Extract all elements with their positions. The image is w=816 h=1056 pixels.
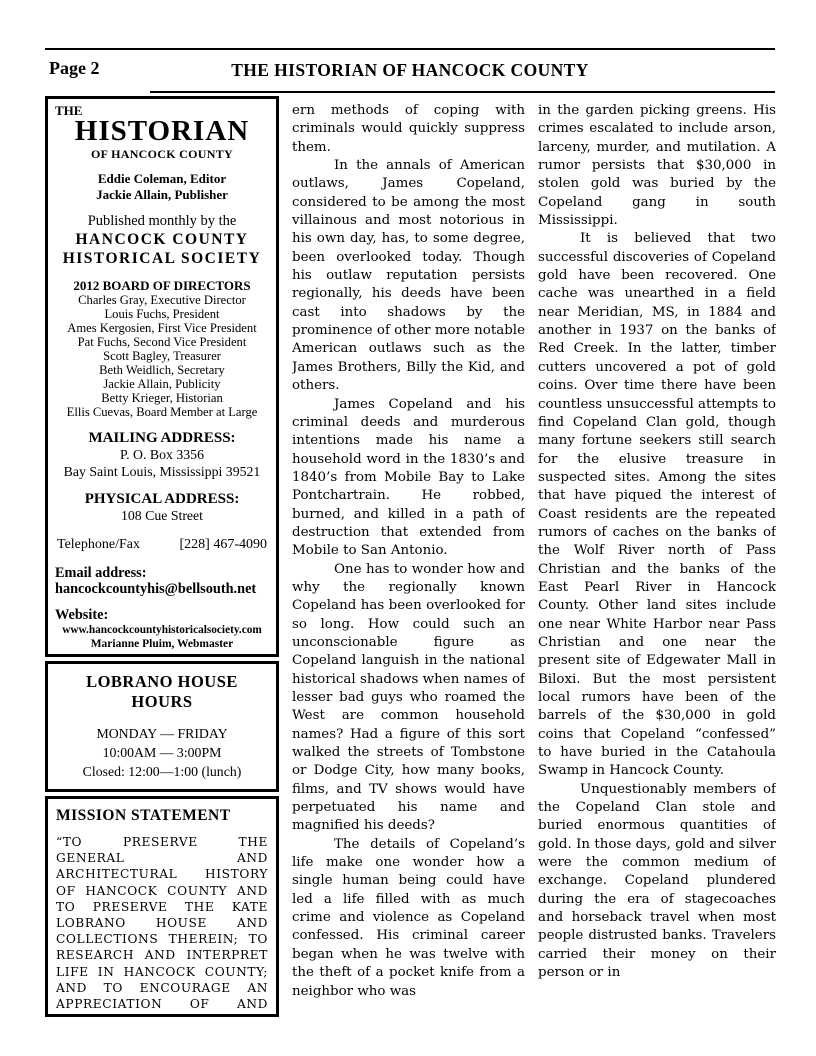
physical-address-heading: PHYSICAL ADDRESS: — [55, 490, 269, 508]
website-label: Website: — [55, 607, 269, 624]
newsletter-title: THE HISTORIAN OF HANCOCK COUNTY — [231, 60, 589, 81]
published-by-text: Published monthly by the — [55, 212, 269, 230]
article-column-1: ern methods of coping with criminals wou… — [292, 96, 525, 1014]
masthead-title: HISTORIAN — [55, 116, 269, 147]
mailing-address-line: P. O. Box 3356 — [55, 447, 269, 464]
board-member: Scott Bagley, Treasurer — [55, 349, 269, 363]
website-url: www.hancockcountyhistoricalsociety.com — [55, 624, 269, 637]
hours-title: LOBRANO HOUSE HOURS — [54, 672, 270, 712]
mailing-address-line: Bay Saint Louis, Mississippi 39521 — [55, 464, 269, 481]
hours-title-line2: HOURS — [54, 692, 270, 712]
mission-box: MISSION STATEMENT “TO PRESERVE THE GENER… — [45, 796, 279, 1017]
published-by-block: Published monthly by the HANCOCK COUNTY … — [55, 212, 269, 268]
newsletter-page: Page 2 THE HISTORIAN OF HANCOCK COUNTY T… — [0, 0, 816, 1056]
article-paragraph: In the annals of American outlaws, James… — [292, 157, 525, 395]
header-bottom-rule — [150, 91, 775, 93]
email-label: Email address: — [55, 565, 269, 582]
phone-label: Telephone/Fax — [57, 537, 140, 553]
phone-row: Telephone/Fax [228] 467-4090 — [55, 537, 269, 553]
phone-number: [228] 467-4090 — [180, 537, 268, 553]
email-block: Email address: hancockcountyhis@bellsout… — [55, 565, 269, 598]
page-header: Page 2 THE HISTORIAN OF HANCOCK COUNTY — [45, 48, 775, 93]
article-paragraph: The details of Copeland’s life make one … — [292, 836, 525, 1001]
hours-closed: Closed: 12:00—1:00 (lunch) — [54, 762, 270, 781]
board-member: Charles Gray, Executive Director — [55, 293, 269, 307]
article-paragraph: ern methods of coping with criminals wou… — [292, 102, 525, 157]
mailing-address-heading: MAILING ADDRESS: — [55, 429, 269, 447]
article-paragraph: Unquestionably members of the Copeland C… — [538, 781, 776, 983]
masthead-subtitle: OF HANCOCK COUNTY — [55, 147, 269, 161]
article-paragraph: One has to wonder how and why the region… — [292, 561, 525, 836]
board-member: Jackie Allain, Publicity — [55, 377, 269, 391]
webmaster-credit: Marianne Pluim, Webmaster — [55, 637, 269, 651]
page-number: Page 2 — [49, 58, 99, 79]
board-member: Pat Fuchs, Second Vice President — [55, 335, 269, 349]
board-member: Ames Kergosien, First Vice President — [55, 321, 269, 335]
publisher-credit: Jackie Allain, Publisher — [55, 187, 269, 203]
hours-box: LOBRANO HOUSE HOURS MONDAY — FRIDAY 10:0… — [45, 661, 279, 792]
physical-address-block: PHYSICAL ADDRESS: 108 Cue Street — [55, 490, 269, 525]
mailing-address-block: MAILING ADDRESS: P. O. Box 3356 Bay Sain… — [55, 429, 269, 480]
masthead-credits: Eddie Coleman, Editor Jackie Allain, Pub… — [55, 171, 269, 202]
board-member: Beth Weidlich, Secretary — [55, 363, 269, 377]
board-heading: 2012 BOARD OF DIRECTORS — [55, 278, 269, 293]
hours-details: MONDAY — FRIDAY 10:00AM — 3:00PM Closed:… — [54, 724, 270, 781]
physical-address-line: 108 Cue Street — [55, 508, 269, 525]
hours-days: MONDAY — FRIDAY — [54, 724, 270, 743]
sidebar: THE HISTORIAN OF HANCOCK COUNTY Eddie Co… — [45, 96, 279, 1021]
board-of-directors: 2012 BOARD OF DIRECTORS Charles Gray, Ex… — [55, 278, 269, 419]
article-paragraph: It is believed that two successful disco… — [538, 230, 776, 780]
board-member: Louis Fuchs, President — [55, 307, 269, 321]
hours-title-line1: LOBRANO HOUSE — [54, 672, 270, 692]
header-row: Page 2 THE HISTORIAN OF HANCOCK COUNTY — [45, 50, 775, 91]
website-block: Website: www.hancockcountyhistoricalsoci… — [55, 607, 269, 651]
board-member: Betty Krieger, Historian — [55, 391, 269, 405]
email-address: hancockcountyhis@bellsouth.net — [55, 581, 269, 598]
org-name-line1: HANCOCK COUNTY — [55, 230, 269, 249]
mission-text: “TO PRESERVE THE GENERAL AND ARCHITECTUR… — [56, 834, 268, 1017]
board-member: Ellis Cuevas, Board Member at Large — [55, 405, 269, 419]
hours-times: 10:00AM — 3:00PM — [54, 743, 270, 762]
article-paragraph: James Copeland and his criminal deeds an… — [292, 396, 525, 561]
article-column-2: in the garden picking greens. His crimes… — [538, 96, 776, 1014]
editor-credit: Eddie Coleman, Editor — [55, 171, 269, 187]
article-paragraph: in the garden picking greens. His crimes… — [538, 102, 776, 230]
page-content: THE HISTORIAN OF HANCOCK COUNTY Eddie Co… — [45, 96, 775, 1021]
org-name-line2: HISTORICAL SOCIETY — [55, 249, 269, 268]
mission-heading: MISSION STATEMENT — [56, 806, 268, 825]
masthead-box: THE HISTORIAN OF HANCOCK COUNTY Eddie Co… — [45, 96, 279, 657]
